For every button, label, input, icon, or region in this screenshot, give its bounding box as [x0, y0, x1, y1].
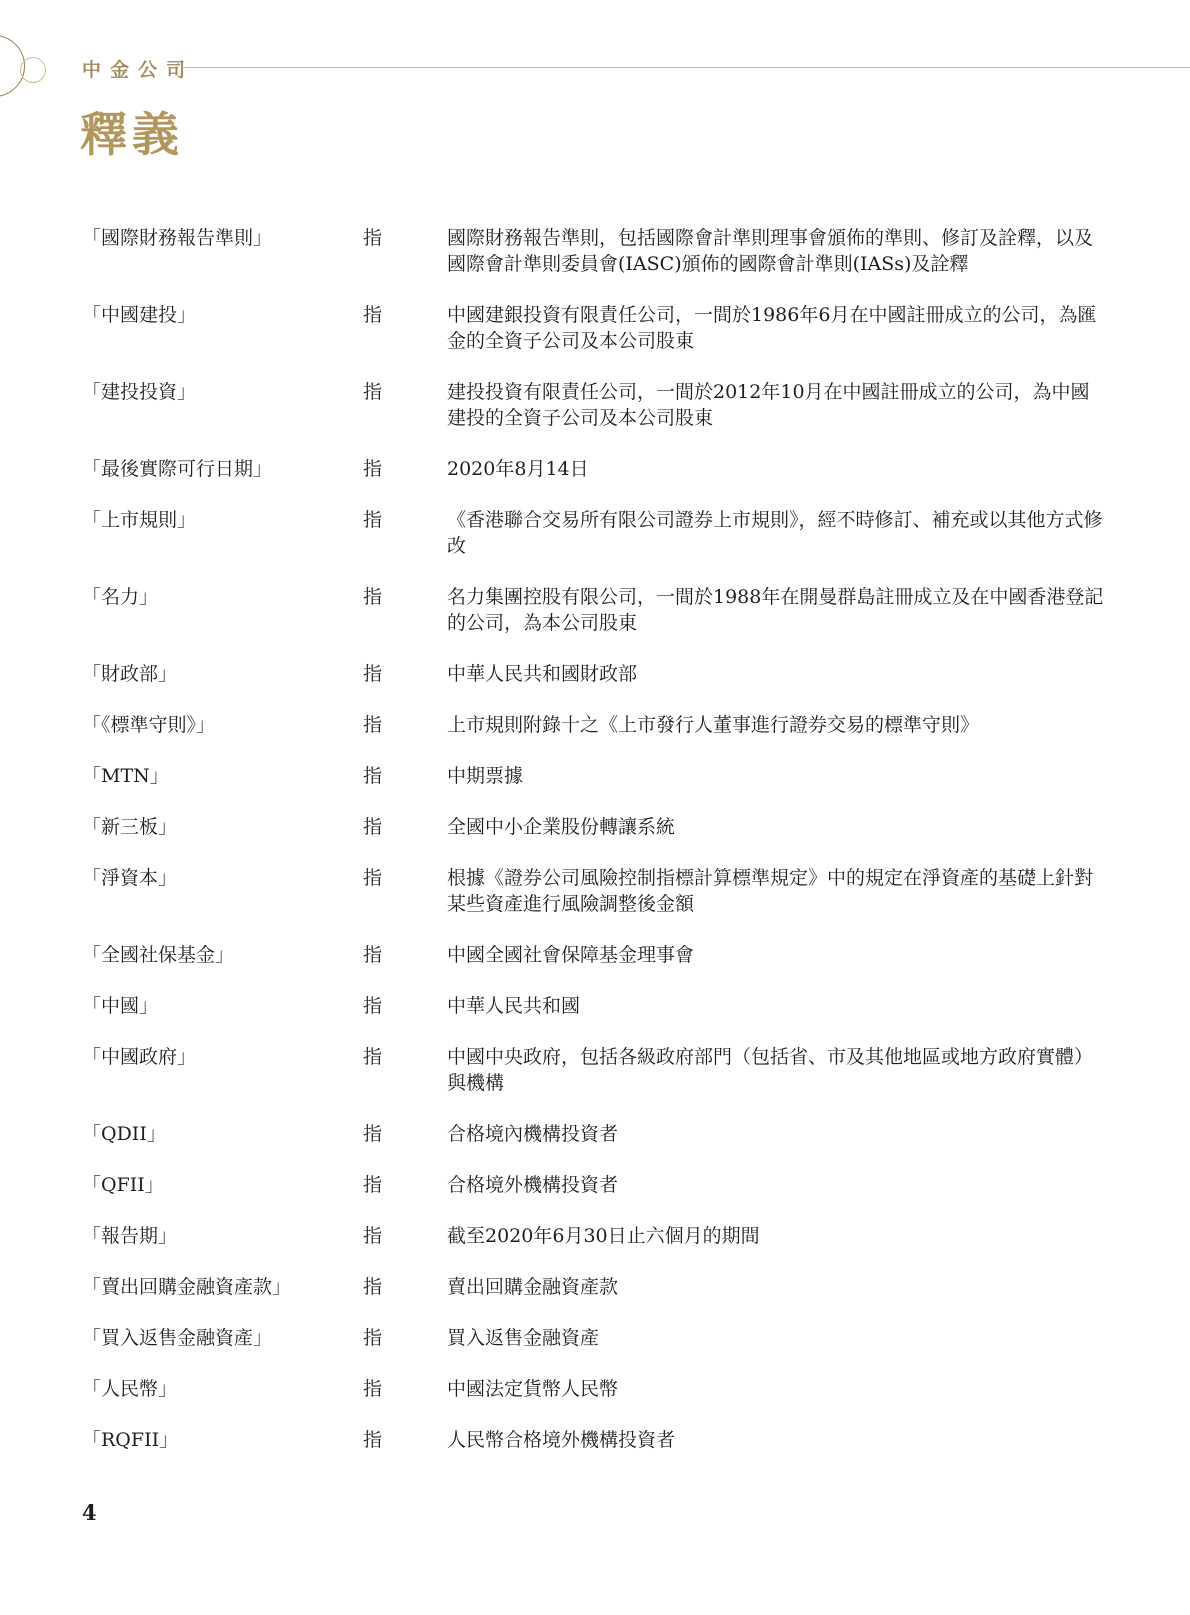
definition-term: 「最後實際可行日期」: [82, 456, 363, 482]
definition-text: 合格境外機構投資者: [447, 1172, 1106, 1198]
definition-text: 中國建銀投資有限責任公司，一間於1986年6月在中國註冊成立的公司，為匯金的全資…: [447, 302, 1106, 354]
definition-term: 「上市規則」: [82, 507, 363, 533]
document-page: 中金公司 釋義 「國際財務報告準則」指國際財務報告準則，包括國際會計準則理事會頒…: [0, 0, 1190, 1615]
definition-connector: 指: [363, 1274, 447, 1300]
definition-connector: 指: [363, 712, 447, 738]
definition-text: 2020年8月14日: [447, 456, 1106, 482]
definition-row: 「中國政府」指中國中央政府，包括各級政府部門（包括省、市及其他地區或地方政府實體…: [82, 1044, 1106, 1096]
definition-row: 「新三板」指全國中小企業股份轉讓系統: [82, 814, 1106, 840]
definition-connector: 指: [363, 379, 447, 405]
definition-row: 「RQFII」指人民幣合格境外機構投資者: [82, 1427, 1106, 1453]
definition-term: 「新三板」: [82, 814, 363, 840]
definition-text: 中國中央政府，包括各級政府部門（包括省、市及其他地區或地方政府實體）與機構: [447, 1044, 1106, 1096]
definition-connector: 指: [363, 865, 447, 891]
definition-row: 「淨資本」指根據《證券公司風險控制指標計算標準規定》中的規定在淨資產的基礎上針對…: [82, 865, 1106, 917]
definition-connector: 指: [363, 1325, 447, 1351]
definition-term: 「建投投資」: [82, 379, 363, 405]
definition-text: 買入返售金融資產: [447, 1325, 1106, 1351]
definition-term: 「淨資本」: [82, 865, 363, 891]
definition-row: 「QFII」指合格境外機構投資者: [82, 1172, 1106, 1198]
brand-name: 中金公司: [82, 55, 194, 82]
definition-row: 「報告期」指截至2020年6月30日止六個月的期間: [82, 1223, 1106, 1249]
definition-row: 「全國社保基金」指中國全國社會保障基金理事會: [82, 942, 1106, 968]
definition-connector: 指: [363, 1172, 447, 1198]
definition-row: 「國際財務報告準則」指國際財務報告準則，包括國際會計準則理事會頒佈的準則、修訂及…: [82, 225, 1106, 277]
definition-row: 「上市規則」指《香港聯合交易所有限公司證券上市規則》，經不時修訂、補充或以其他方…: [82, 507, 1106, 559]
definition-connector: 指: [363, 456, 447, 482]
definition-term: 「報告期」: [82, 1223, 363, 1249]
definition-connector: 指: [363, 507, 447, 533]
definition-term: 「RQFII」: [82, 1427, 363, 1453]
definition-text: 中國法定貨幣人民幣: [447, 1376, 1106, 1402]
definition-connector: 指: [363, 942, 447, 968]
definition-text: 《香港聯合交易所有限公司證券上市規則》，經不時修訂、補充或以其他方式修改: [447, 507, 1106, 559]
definition-connector: 指: [363, 763, 447, 789]
header-rule: [182, 67, 1190, 68]
definition-connector: 指: [363, 1121, 447, 1147]
definition-row: 「MTN」指中期票據: [82, 763, 1106, 789]
definitions-list: 「國際財務報告準則」指國際財務報告準則，包括國際會計準則理事會頒佈的準則、修訂及…: [82, 225, 1106, 1478]
definition-term: 「買入返售金融資產」: [82, 1325, 363, 1351]
definition-text: 全國中小企業股份轉讓系統: [447, 814, 1106, 840]
definition-row: 「建投投資」指建投投資有限責任公司，一間於2012年10月在中國註冊成立的公司，…: [82, 379, 1106, 431]
logo-circle-small-icon: [20, 57, 46, 83]
definition-term: 「MTN」: [82, 763, 363, 789]
definition-connector: 指: [363, 1376, 447, 1402]
definition-row: 「財政部」指中華人民共和國財政部: [82, 661, 1106, 687]
definition-text: 國際財務報告準則，包括國際會計準則理事會頒佈的準則、修訂及詮釋，以及國際會計準則…: [447, 225, 1106, 277]
definition-text: 中華人民共和國: [447, 993, 1106, 1019]
page-number: 4: [82, 1500, 97, 1525]
page-title: 釋義: [80, 98, 184, 165]
definition-text: 賣出回購金融資產款: [447, 1274, 1106, 1300]
definition-term: 「賣出回購金融資產款」: [82, 1274, 363, 1300]
definition-row: 「QDII」指合格境內機構投資者: [82, 1121, 1106, 1147]
definition-term: 「人民幣」: [82, 1376, 363, 1402]
definition-row: 「中國建投」指中國建銀投資有限責任公司，一間於1986年6月在中國註冊成立的公司…: [82, 302, 1106, 354]
definition-text: 中國全國社會保障基金理事會: [447, 942, 1106, 968]
definition-connector: 指: [363, 584, 447, 610]
definition-connector: 指: [363, 993, 447, 1019]
definition-term: 「財政部」: [82, 661, 363, 687]
definition-term: 「中國」: [82, 993, 363, 1019]
definition-text: 中華人民共和國財政部: [447, 661, 1106, 687]
definition-text: 根據《證券公司風險控制指標計算標準規定》中的規定在淨資產的基礎上針對某些資產進行…: [447, 865, 1106, 917]
definition-row: 「最後實際可行日期」指2020年8月14日: [82, 456, 1106, 482]
definition-text: 上市規則附錄十之《上市發行人董事進行證券交易的標準守則》: [447, 712, 1106, 738]
definition-row: 「名力」指名力集團控股有限公司，一間於1988年在開曼群島註冊成立及在中國香港登…: [82, 584, 1106, 636]
definition-row: 「《標準守則》」指上市規則附錄十之《上市發行人董事進行證券交易的標準守則》: [82, 712, 1106, 738]
definition-connector: 指: [363, 814, 447, 840]
definition-connector: 指: [363, 1044, 447, 1070]
definition-term: 「中國政府」: [82, 1044, 363, 1070]
definition-row: 「人民幣」指中國法定貨幣人民幣: [82, 1376, 1106, 1402]
definition-row: 「賣出回購金融資產款」指賣出回購金融資產款: [82, 1274, 1106, 1300]
definition-term: 「國際財務報告準則」: [82, 225, 363, 251]
definition-term: 「全國社保基金」: [82, 942, 363, 968]
definition-text: 名力集團控股有限公司，一間於1988年在開曼群島註冊成立及在中國香港登記的公司，…: [447, 584, 1106, 636]
definition-connector: 指: [363, 661, 447, 687]
definition-text: 中期票據: [447, 763, 1106, 789]
definition-term: 「中國建投」: [82, 302, 363, 328]
definition-term: 「QDII」: [82, 1121, 363, 1147]
definition-connector: 指: [363, 225, 447, 251]
definition-row: 「買入返售金融資產」指買入返售金融資產: [82, 1325, 1106, 1351]
definition-term: 「QFII」: [82, 1172, 363, 1198]
definition-connector: 指: [363, 1223, 447, 1249]
definition-term: 「《標準守則》」: [82, 712, 363, 738]
definition-text: 建投投資有限責任公司，一間於2012年10月在中國註冊成立的公司，為中國建投的全…: [447, 379, 1106, 431]
definition-text: 合格境內機構投資者: [447, 1121, 1106, 1147]
definition-text: 人民幣合格境外機構投資者: [447, 1427, 1106, 1453]
definition-row: 「中國」指中華人民共和國: [82, 993, 1106, 1019]
definition-text: 截至2020年6月30日止六個月的期間: [447, 1223, 1106, 1249]
definition-connector: 指: [363, 302, 447, 328]
definition-term: 「名力」: [82, 584, 363, 610]
definition-connector: 指: [363, 1427, 447, 1453]
